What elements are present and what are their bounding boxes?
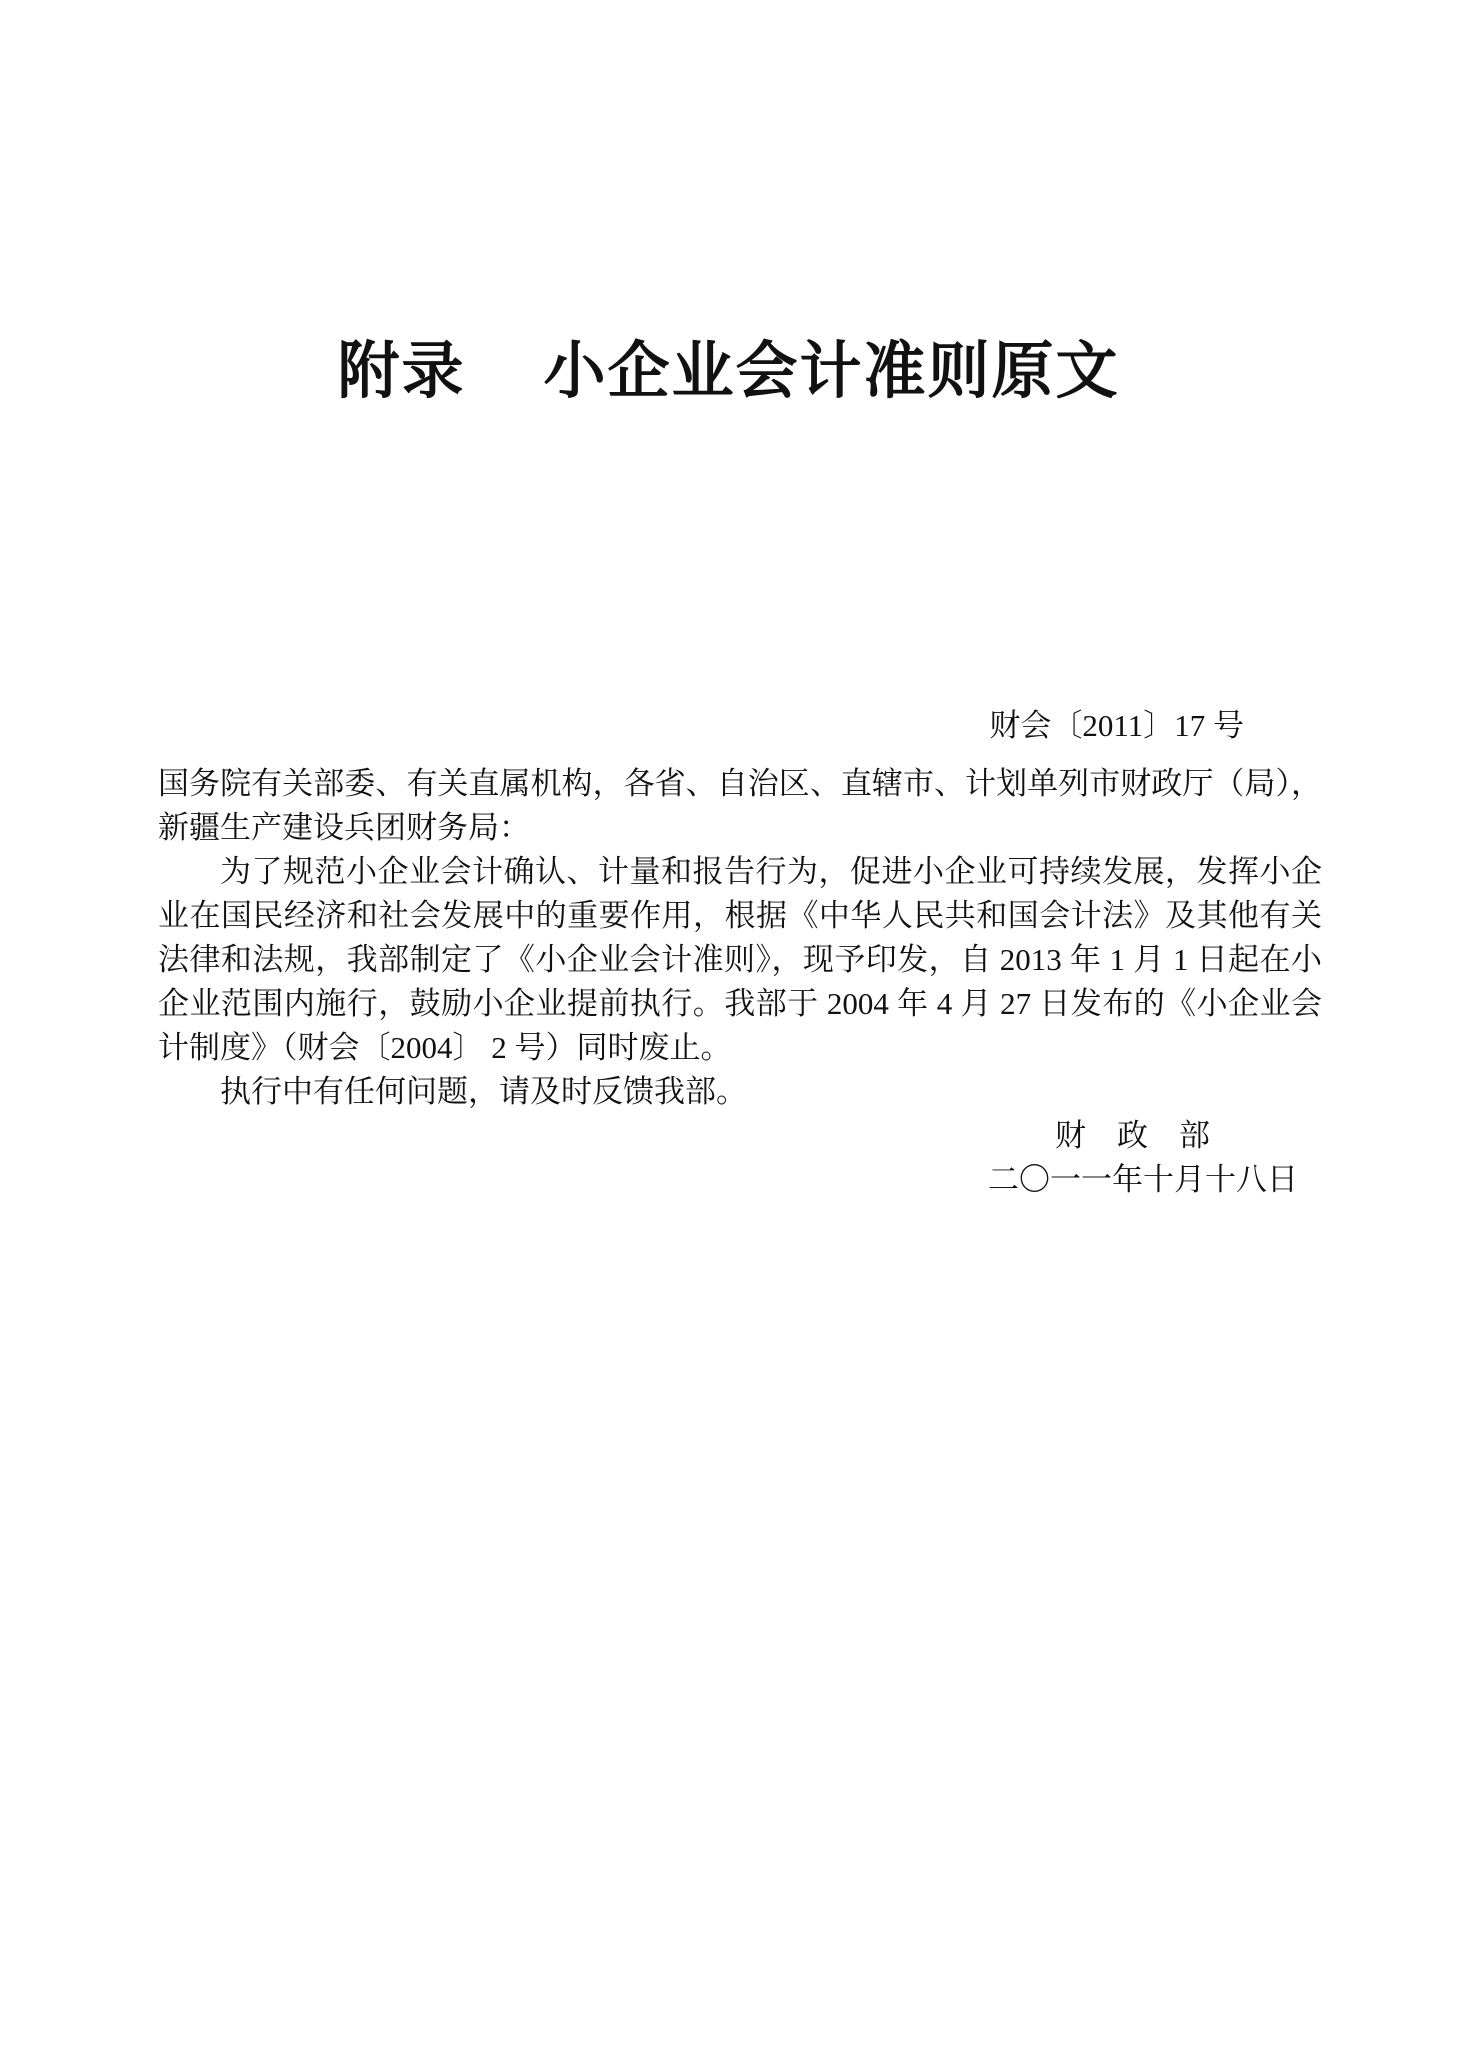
document-page: 附录小企业会计准则原文 财会〔2011〕17 号 国务院有关部委、有关直属机构，… — [0, 0, 1457, 2048]
closing-paragraph: 执行中有任何问题，请及时反馈我部。 — [158, 1070, 1322, 1114]
title-appendix-label: 附录 — [337, 338, 465, 406]
document-number: 财会〔2011〕17 号 — [158, 704, 1322, 748]
title-main-text: 小企业会计准则原文 — [544, 338, 1120, 406]
signature-date: 二〇一一年十月十八日 — [158, 1158, 1322, 1202]
signature-organization: 财 政 部 — [158, 1114, 1322, 1158]
signature-block: 财 政 部 二〇一一年十月十八日 — [158, 1114, 1322, 1202]
document-body: 财会〔2011〕17 号 国务院有关部委、有关直属机构，各省、自治区、直辖市、计… — [158, 704, 1322, 1202]
page-title: 附录小企业会计准则原文 — [0, 332, 1457, 412]
addressee-paragraph: 国务院有关部委、有关直属机构，各省、自治区、直辖市、计划单列市财政厅（局），新疆… — [158, 762, 1322, 850]
body-paragraph: 为了规范小企业会计确认、计量和报告行为，促进小企业可持续发展，发挥小企业在国民经… — [158, 850, 1322, 1070]
